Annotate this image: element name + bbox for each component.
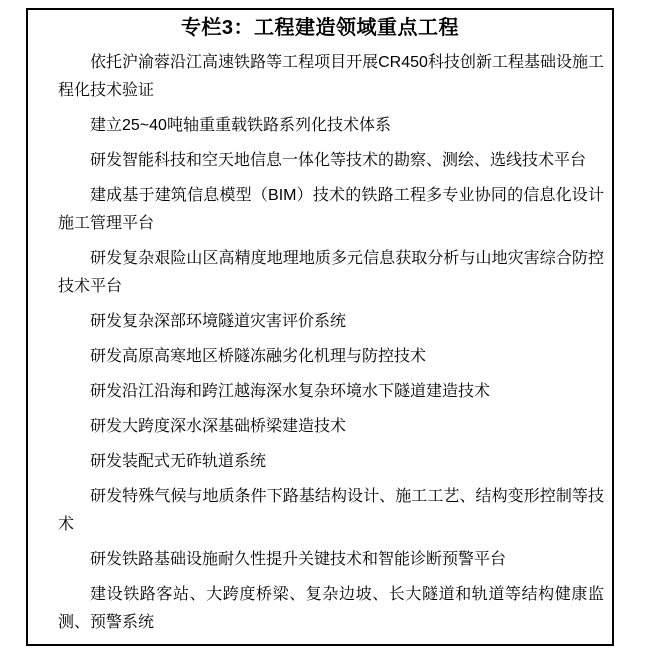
highlight-box-column3: 专栏3：工程建造领域重点工程 依托沪渝蓉沿江高速铁路等工程项目开展CR450科技… bbox=[26, 8, 614, 646]
list-item: 建成基于建筑信息模型（BIM）技术的铁路工程多专业协同的信息化设计施工管理平台 bbox=[58, 182, 604, 238]
panel-title: 专栏3：工程建造领域重点工程 bbox=[28, 14, 612, 42]
list-item: 研发装配式无砟轨道系统 bbox=[58, 448, 604, 476]
list-item: 建设铁路客站、大跨度桥梁、复杂边坡、长大隧道和轨道等结构健康监测、预警系统 bbox=[58, 581, 604, 637]
list-item: 研发复杂深部环境隧道灾害评价系统 bbox=[58, 308, 604, 336]
list-item: 研发高原高寒地区桥隧冻融劣化机理与防控技术 bbox=[58, 343, 604, 371]
item-list: 依托沪渝蓉沿江高速铁路等工程项目开展CR450科技创新工程基础设施工程化技术验证… bbox=[28, 49, 612, 637]
list-item: 研发大跨度深水深基础桥梁建造技术 bbox=[58, 413, 604, 441]
list-item: 建立25~40吨轴重重载铁路系列化技术体系 bbox=[58, 112, 604, 140]
list-item: 研发特殊气候与地质条件下路基结构设计、施工工艺、结构变形控制等技术 bbox=[58, 483, 604, 539]
list-item: 研发智能科技和空天地信息一体化等技术的勘察、测绘、选线技术平台 bbox=[58, 147, 604, 175]
list-item: 研发铁路基础设施耐久性提升关键技术和智能诊断预警平台 bbox=[58, 546, 604, 574]
list-item: 研发沿江沿海和跨江越海深水复杂环境水下隧道建造技术 bbox=[58, 378, 604, 406]
list-item: 依托沪渝蓉沿江高速铁路等工程项目开展CR450科技创新工程基础设施工程化技术验证 bbox=[58, 49, 604, 105]
list-item: 研发复杂艰险山区高精度地理地质多元信息获取分析与山地灾害综合防控技术平台 bbox=[58, 245, 604, 301]
